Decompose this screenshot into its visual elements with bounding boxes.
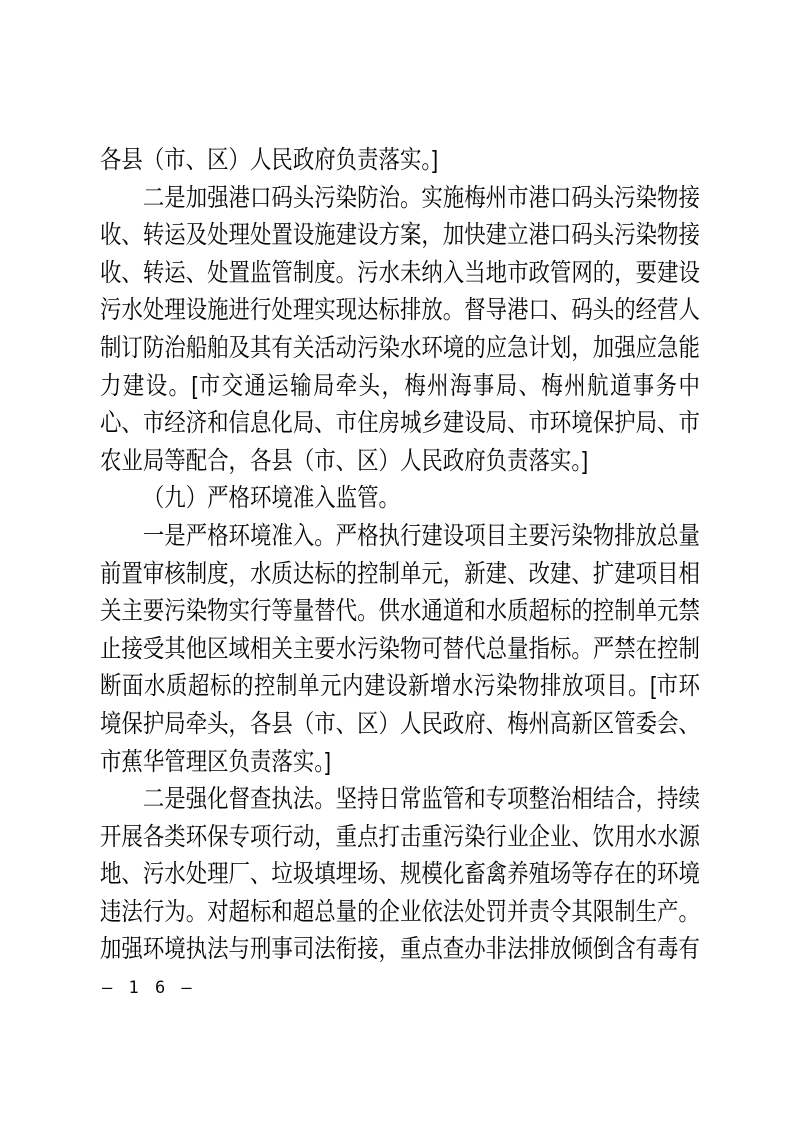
paragraph-enforcement: 二是强化督查执法。坚持日常监管和专项整治相结合，持续开展各类环保专项行动，重点打… [100,781,700,969]
section-heading-nine: （九）严格环境准入监管。 [100,480,700,518]
paragraph-port-pollution-control: 二是加强港口码头污染防治。实施梅州市港口码头污染物接收、转运及处理处置设施建设方… [100,180,700,481]
paragraph-continuation: 各县（市、区）人民政府负责落实。] [100,142,700,180]
document-page: 各县（市、区）人民政府负责落实。] 二是加强港口码头污染防治。实施梅州市港口码头… [0,0,793,1122]
paragraph-environment-access: 一是严格环境准入。严格执行建设项目主要污染物排放总量前置审核制度，水质达标的控制… [100,518,700,781]
page-number: — 1 6 — [102,978,195,998]
document-body: 各县（市、区）人民政府负责落实。] 二是加强港口码头污染防治。实施梅州市港口码头… [100,142,700,969]
